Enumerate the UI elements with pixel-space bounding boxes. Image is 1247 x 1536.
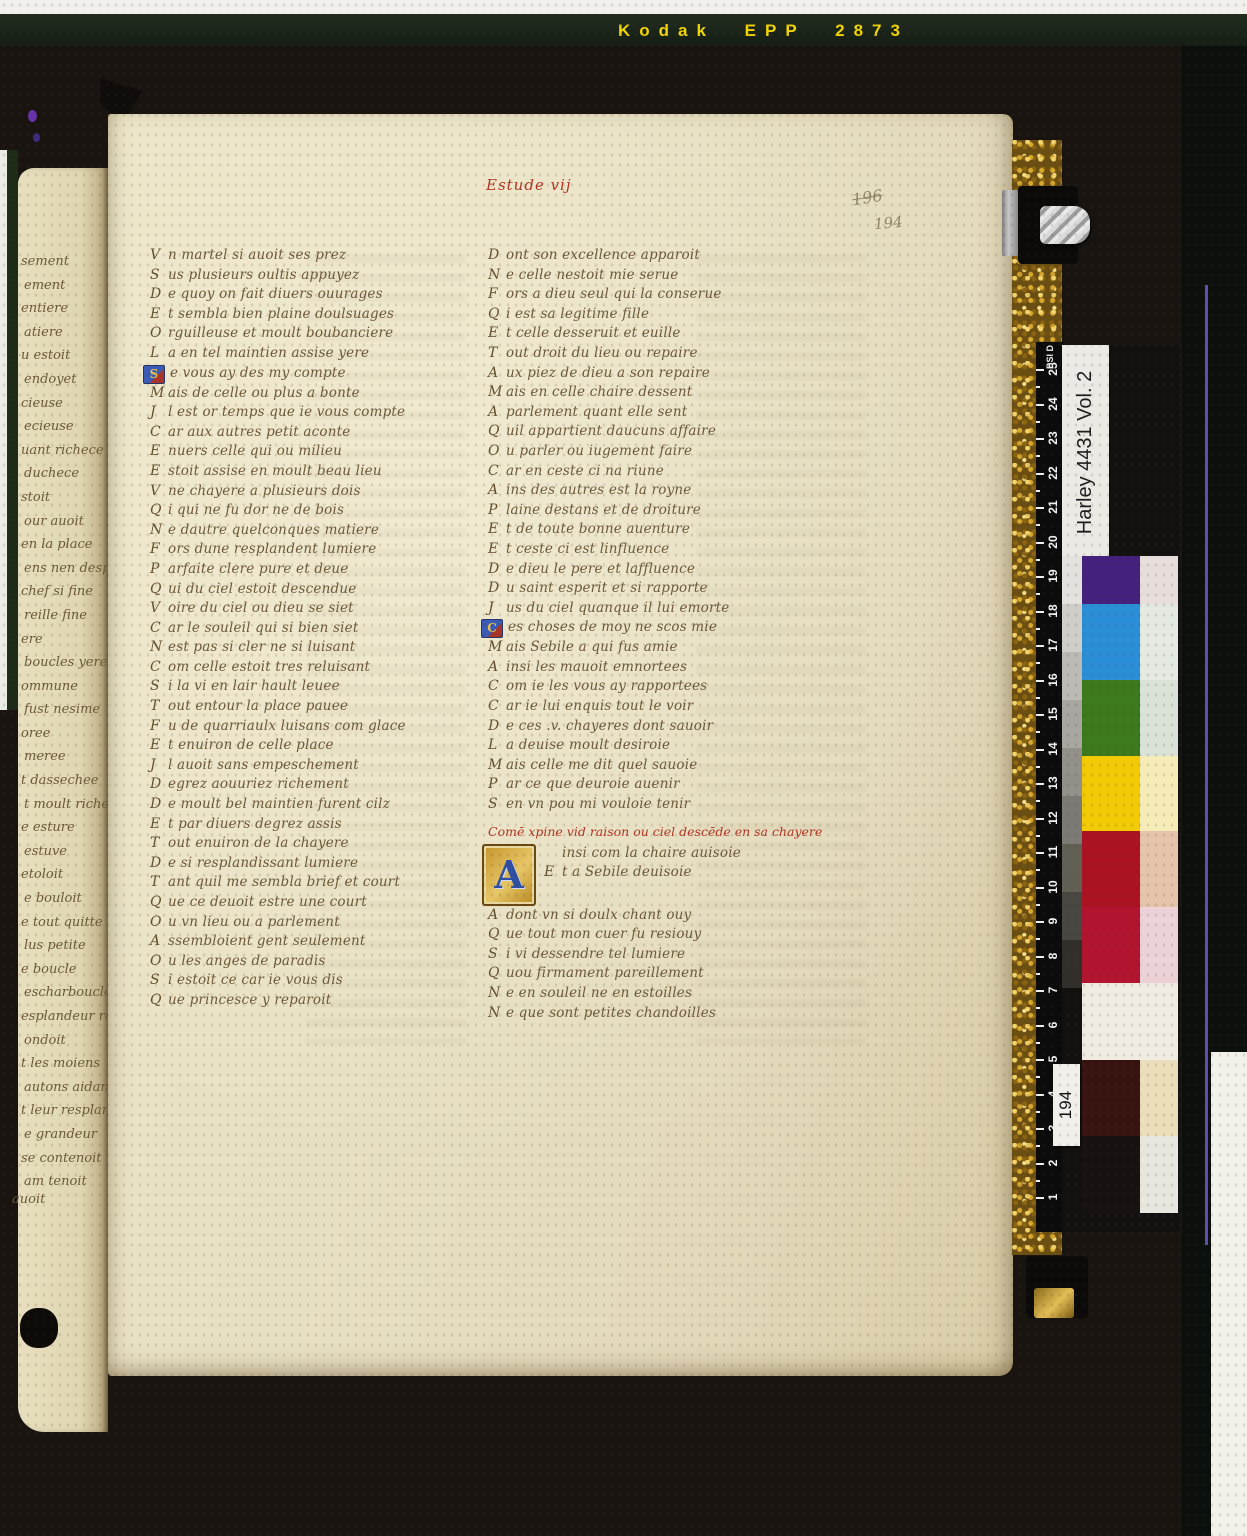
- ruler-number: 12: [1046, 808, 1060, 828]
- line-text: ar ce que deuroie auenir: [506, 775, 833, 795]
- ruler-tick-mid: [1036, 731, 1040, 733]
- line-text: ais de celle ou plus a bonte: [168, 384, 485, 404]
- verse-line: Mais celle me dit quel sauoie: [488, 756, 833, 776]
- line-text: e celle nestoit mie serue: [506, 266, 833, 286]
- line-text: e dautre quelconques matiere: [168, 521, 485, 541]
- line-initial: F: [150, 540, 168, 560]
- verse-line: Degrez aouuriez richement: [150, 775, 485, 795]
- margin-fragment: e bouloit: [24, 887, 107, 911]
- verse-line: Assembloient gent seulement: [150, 932, 485, 952]
- ruler-tick-mid: [1036, 593, 1040, 595]
- verse-line: Que princesce y reparoit: [150, 991, 485, 1011]
- rubric-line: Comē xpine vid raison ou ciel descēde en…: [488, 822, 833, 842]
- color-patch-blue-tint: [1140, 604, 1178, 680]
- line-text: arfaite clere pure et deue: [168, 560, 485, 580]
- line-initial: M: [488, 638, 506, 658]
- verse-line: Aux piez de dieu a son repaire: [488, 364, 833, 384]
- line-initial: M: [488, 383, 506, 403]
- line-initial: T: [150, 697, 168, 717]
- verse-line: Qi est sa legitime fille: [488, 305, 833, 325]
- margin-fragment: ere: [21, 628, 107, 652]
- line-text: us du ciel quanque il lui emorte: [506, 599, 833, 619]
- line-text: t enuiron de celle place: [168, 736, 485, 756]
- line-initial: C: [488, 697, 506, 717]
- verse-line: Si estoit ce car ie vous dis: [150, 971, 485, 991]
- ruler-tick: [1036, 1197, 1044, 1199]
- line-initial: A: [488, 403, 506, 423]
- color-patch-dark-red: [1082, 831, 1140, 907]
- line-initial: D: [488, 246, 506, 266]
- ruler-number: 1: [1046, 1187, 1060, 1207]
- line-initial: D: [488, 717, 506, 737]
- line-text: ont son excellence apparoit: [506, 246, 833, 266]
- margin-fragment: atiere: [24, 321, 107, 345]
- ruler-number: 15: [1046, 704, 1060, 724]
- verse-line: Com celle estoit tres reluisant: [150, 658, 485, 678]
- color-patch-dark-red-tint: [1140, 831, 1178, 907]
- line-text: out droit du lieu ou repaire: [506, 344, 833, 364]
- line-text: i est sa legitime fille: [506, 305, 833, 325]
- line-text: out enuiron de la chayere: [168, 834, 485, 854]
- line-initial: N: [150, 521, 168, 541]
- verse-line: Se vous ay des my compte: [150, 364, 485, 384]
- ruler-tick-mid: [1036, 869, 1040, 871]
- line-initial: C: [488, 677, 506, 697]
- line-initial: P: [488, 775, 506, 795]
- ruler-number: 25: [1046, 359, 1060, 379]
- dropcap-block: Ainsi com la chaire auisoieEt a Sebile d…: [488, 844, 833, 906]
- verse-line: Mais Sebile a qui fus amie: [488, 638, 833, 658]
- line-initial: T: [150, 834, 168, 854]
- ruler-tick-mid: [1036, 800, 1040, 802]
- line-text: ue ce deuoit estre une court: [168, 893, 485, 913]
- line-text: insi com la chaire auisoie: [562, 844, 833, 864]
- margin-fragment: e esture: [21, 816, 107, 840]
- ruler-number: 20: [1046, 532, 1060, 552]
- ruler-tick: [1036, 956, 1044, 958]
- line-initial: E: [488, 520, 506, 540]
- line-text: e que sont petites chandoilles: [506, 1004, 833, 1024]
- ruler-tick: [1036, 783, 1044, 785]
- margin-fragment: ement: [24, 274, 107, 298]
- line-initial: E: [488, 324, 506, 344]
- verse-line: Car le souleil qui si bien siet: [150, 619, 485, 639]
- line-initial: M: [488, 756, 506, 776]
- line-text: parlement quant elle sent: [506, 403, 833, 423]
- line-text: uou firmament pareillement: [506, 964, 833, 984]
- line-initial: V: [150, 246, 168, 266]
- ruler-tick: [1036, 438, 1044, 440]
- line-text: us plusieurs oultis appuyez: [168, 266, 485, 286]
- line-text: ant quil me sembla brief et court: [168, 873, 485, 893]
- line-initial: M: [150, 384, 168, 404]
- verse-line: Car aux autres petit aconte: [150, 423, 485, 443]
- metal-clip-icon: [1040, 206, 1090, 244]
- line-text: e dieu le pere et laffluence: [506, 560, 833, 580]
- verse-line: Jl est or temps que ie vous compte: [150, 403, 485, 423]
- margin-fragment: autons aidans: [24, 1076, 107, 1100]
- verse-line: Car ie lui enquis tout le voir: [488, 697, 833, 717]
- line-text: i estoit ce car ie vous dis: [168, 971, 485, 991]
- color-patch-green-tint: [1140, 680, 1178, 756]
- line-text: dont vn si doulx chant ouy: [506, 906, 833, 926]
- line-initial: S: [150, 266, 168, 286]
- line-initial: O: [488, 442, 506, 462]
- ruler-number: 17: [1046, 635, 1060, 655]
- ruler-number: 24: [1046, 394, 1060, 414]
- ruler-tick: [1036, 1094, 1044, 1096]
- verse-line: De ces .v. chayeres dont sauoir: [488, 717, 833, 737]
- line-text: om ie les vous ay rapportees: [506, 677, 833, 697]
- ruler-tick: [1036, 1059, 1044, 1061]
- folio-tag: 194: [1053, 1064, 1080, 1146]
- ruler-number: 11: [1046, 842, 1060, 862]
- line-initial: D: [150, 285, 168, 305]
- color-patch-blue: [1082, 604, 1140, 680]
- line-text: ui du ciel estoit descendue: [168, 580, 485, 600]
- line-text: ue tout mon cuer fu resiouy: [506, 925, 833, 945]
- ruler-tick: [1036, 542, 1044, 544]
- folio-number: 194: [873, 213, 903, 233]
- line-initial: P: [488, 501, 506, 521]
- line-text: ue princesce y reparoit: [168, 991, 485, 1011]
- line-text: laine destans et de droiture: [506, 501, 833, 521]
- ruler-number: 13: [1046, 773, 1060, 793]
- verse-line: Et enuiron de celle place: [150, 736, 485, 756]
- margin-fragment: se contenoit: [21, 1147, 107, 1171]
- gray-scale-step: [1062, 844, 1082, 892]
- ruler-tick: [1036, 611, 1044, 613]
- film-scanline: [1205, 285, 1208, 1245]
- line-text: t par diuers degrez assis: [168, 815, 485, 835]
- shelfmark-label: Harley 4431 Vol. 2: [1062, 345, 1109, 559]
- line-initial: C: [150, 658, 168, 678]
- film-label-strip: Kodak EPP 2873: [0, 14, 1247, 46]
- ruler-number: 19: [1046, 566, 1060, 586]
- verse-line: Com ie les vous ay rapportees: [488, 677, 833, 697]
- verse-line: Qui du ciel estoit descendue: [150, 580, 485, 600]
- margin-fragment: estuve: [24, 840, 107, 864]
- verse-line: Tant quil me sembla brief et court: [150, 873, 485, 893]
- scan-background-corner: [1211, 1052, 1247, 1536]
- gray-scale-step: [1062, 748, 1082, 796]
- manuscript-photo: Kodak EPP 2873 sementemententiereatiereu…: [0, 0, 1247, 1536]
- verse-line: Ne dautre quelconques matiere: [150, 521, 485, 541]
- verse-line: Et ceste ci est linfluence: [488, 540, 833, 560]
- line-initial: D: [150, 795, 168, 815]
- verse-line: Adont vn si doulx chant ouy: [488, 906, 833, 926]
- line-initial: Q: [488, 305, 506, 325]
- verse-line: La deuise moult desiroie: [488, 736, 833, 756]
- verse-line: Vn martel si auoit ses prez: [150, 246, 485, 266]
- line-text: t ceste ci est linfluence: [506, 540, 833, 560]
- color-patch-yellow: [1082, 756, 1140, 831]
- line-text: l auoit sans empeschement: [168, 756, 485, 776]
- line-initial: N: [488, 1004, 506, 1024]
- film-speck: [33, 133, 40, 142]
- line-initial: J: [150, 403, 168, 423]
- line-text: ux piez de dieu a son repaire: [506, 364, 833, 384]
- line-text: en vn pou mi vouloie tenir: [506, 795, 833, 815]
- gray-scale-step: [1062, 700, 1082, 748]
- line-text: ors a dieu seul qui la conserue: [506, 285, 833, 305]
- color-patch-black: [1082, 1136, 1140, 1213]
- shelfmark-text: Harley 4431 Vol. 2: [1074, 370, 1097, 533]
- color-patch-yellow-tint: [1140, 756, 1178, 831]
- line-text: ar aux autres petit aconte: [168, 423, 485, 443]
- margin-fragment: am tenoit: [24, 1170, 107, 1194]
- line-initial: Q: [488, 964, 506, 984]
- line-initial: [544, 844, 562, 864]
- verse-line: Fors a dieu seul qui la conserue: [488, 285, 833, 305]
- verse-line: Fu de quarriaulx luisans com glace: [150, 717, 485, 737]
- line-text: u vn lieu ou a parlement: [168, 913, 485, 933]
- margin-fragment: escharboucle: [24, 981, 107, 1005]
- line-initial: Q: [150, 580, 168, 600]
- verse-line: Et de toute bonne auenture: [488, 520, 833, 540]
- verse-line: Ou les anges de paradis: [150, 952, 485, 972]
- line-initial: E: [150, 736, 168, 756]
- line-text: i la vi en lair hault leuee: [168, 677, 485, 697]
- color-patch-white: [1082, 983, 1178, 1060]
- verse-line: La en tel maintien assise yere: [150, 344, 485, 364]
- line-text: u saint esperit et si rapporte: [506, 579, 833, 599]
- line-initial: Q: [150, 501, 168, 521]
- line-text: ais Sebile a qui fus amie: [506, 638, 833, 658]
- ruler-tick-mid: [1036, 455, 1040, 457]
- line-initial: N: [488, 984, 506, 1004]
- verse-line: Ou parler ou iugement faire: [488, 442, 833, 462]
- verse-line: Sus plusieurs oultis appuyez: [150, 266, 485, 286]
- verse-line: Ou vn lieu ou a parlement: [150, 913, 485, 933]
- ruler-tick: [1036, 1025, 1044, 1027]
- verse-line: Ains des autres est la royne: [488, 481, 833, 501]
- verse-line: Que ce deuoit estre une court: [150, 893, 485, 913]
- line-initial: L: [150, 344, 168, 364]
- verse-line: Jl auoit sans empeschement: [150, 756, 485, 776]
- line-text: i qui ne fu dor ne de bois: [168, 501, 485, 521]
- verse-line: Fors dune resplandent lumiere: [150, 540, 485, 560]
- line-initial: S: [488, 945, 506, 965]
- verse-line: Orguilleuse et moult boubanciere: [150, 324, 485, 344]
- verse-line: Et par diuers degrez assis: [150, 815, 485, 835]
- ruler-tick: [1036, 818, 1044, 820]
- film-left-edge: [0, 150, 7, 710]
- line-text: e moult bel maintien furent cilz: [168, 795, 485, 815]
- ruler-tick: [1036, 404, 1044, 406]
- champ-initial: S: [143, 365, 165, 384]
- line-initial: D: [150, 775, 168, 795]
- verse-line: Que tout mon cuer fu resiouy: [488, 925, 833, 945]
- line-initial: S: [488, 795, 506, 815]
- verse-line: Plaine destans et de droiture: [488, 501, 833, 521]
- verse-line: Tout enuiron de la chayere: [150, 834, 485, 854]
- page-clamp-top-bar: [1002, 190, 1018, 256]
- line-text: e ces .v. chayeres dont sauoir: [506, 717, 833, 737]
- verse-line: Nest pas si cler ne si luisant: [150, 638, 485, 658]
- ruler-number: 22: [1046, 463, 1060, 483]
- verse-line: Ne que sont petites chandoilles: [488, 1004, 833, 1024]
- verse-line: Aparlement quant elle sent: [488, 403, 833, 423]
- text-column-right: Dont son excellence apparoitNe celle nes…: [488, 246, 833, 1023]
- verse-line: insi com la chaire auisoie: [544, 844, 833, 864]
- verse-line: Ainsi les mauoit emnortees: [488, 658, 833, 678]
- line-text: ins des autres est la royne: [506, 481, 833, 501]
- ruler-tick-mid: [1036, 628, 1040, 630]
- gray-scale-step: [1062, 796, 1082, 844]
- line-initial: E: [544, 863, 562, 883]
- line-text: ssembloient gent seulement: [168, 932, 485, 952]
- champ-initial: C: [481, 619, 503, 638]
- film-left-edge-green: [7, 150, 18, 710]
- line-text: ais celle me dit quel sauoie: [506, 756, 833, 776]
- previous-page-text-fragments: sementemententiereatiereu estoitendoyetc…: [21, 250, 107, 1194]
- line-initial: C: [150, 619, 168, 639]
- margin-fragment: chef si fine: [21, 580, 107, 604]
- ruler-number: 18: [1046, 601, 1060, 621]
- line-text: rguilleuse et moult boubanciere: [168, 324, 485, 344]
- verse-line: Si vi dessendre tel lumiere: [488, 945, 833, 965]
- ruler-tick-mid: [1036, 835, 1040, 837]
- line-text: n martel si auoit ses prez: [168, 246, 485, 266]
- line-initial: D: [488, 579, 506, 599]
- line-text: t celle desseruit et euille: [506, 324, 833, 344]
- manuscript-page: Estude vij 196 194 Vn martel si auoit se…: [108, 114, 1013, 1376]
- ruler-number: 6: [1046, 1015, 1060, 1035]
- ruler-tick-mid: [1036, 1180, 1040, 1182]
- ruler-tick: [1036, 852, 1044, 854]
- line-initial: C: [150, 423, 168, 443]
- margin-fragment: t moult riches: [24, 793, 107, 817]
- margin-fragment: t leur resplandeur: [21, 1099, 107, 1123]
- ruler-tick-mid: [1036, 524, 1040, 526]
- line-text: u de quarriaulx luisans com glace: [168, 717, 485, 737]
- verse-line: Car en ceste ci na riune: [488, 462, 833, 482]
- verse-line: Du saint esperit et si rapporte: [488, 579, 833, 599]
- line-initial: E: [150, 462, 168, 482]
- gray-scale-step: [1062, 940, 1082, 988]
- line-text: out entour la place pauee: [168, 697, 485, 717]
- line-text: e vous ay des my compte: [170, 364, 485, 384]
- verse-line: Tout entour la place pauee: [150, 697, 485, 717]
- line-text: ar le souleil qui si bien siet: [168, 619, 485, 639]
- line-text: ar en ceste ci na riune: [506, 462, 833, 482]
- verse-line: Quil appartient daucuns affaire: [488, 422, 833, 442]
- line-text: ar ie lui enquis tout le voir: [506, 697, 833, 717]
- line-text: t de toute bonne auenture: [506, 520, 833, 540]
- verse-line: Ces choses de moy ne scos mie: [488, 618, 833, 638]
- margin-fragment: cieuse: [21, 392, 107, 416]
- line-initial: A: [488, 906, 506, 926]
- verse-line: Et celle desseruit et euille: [488, 324, 833, 344]
- verse-line: Sen vn pou mi vouloie tenir: [488, 795, 833, 815]
- folio-number-crossed: 196: [851, 186, 884, 210]
- margin-fragment: e tout quitte: [21, 911, 107, 935]
- line-initial: N: [150, 638, 168, 658]
- color-patch-green: [1082, 680, 1140, 756]
- line-text: oire du ciel ou dieu se siet: [168, 599, 485, 619]
- line-initial: S: [150, 971, 168, 991]
- page-clamp-bottom-metal: [1034, 1288, 1074, 1318]
- ruler-tick: [1036, 990, 1044, 992]
- margin-fragment: sement: [21, 250, 107, 274]
- line-text: es choses de moy ne scos mie: [508, 618, 833, 638]
- line-text: i vi dessendre tel lumiere: [506, 945, 833, 965]
- line-text: a en tel maintien assise yere: [168, 344, 485, 364]
- margin-fragment: en la place: [21, 533, 107, 557]
- ruler-tick-mid: [1036, 1111, 1040, 1113]
- line-text: ne chayere a plusieurs dois: [168, 482, 485, 502]
- verse-line: Ne en souleil ne en estoilles: [488, 984, 833, 1004]
- verse-line: Quou firmament pareillement: [488, 964, 833, 984]
- margin-catchword: auoit: [12, 1192, 45, 1207]
- line-initial: T: [150, 873, 168, 893]
- verse-line: De quoy on fait diuers ouurages: [150, 285, 485, 305]
- ruler-number: 8: [1046, 946, 1060, 966]
- folio-tag-text: 194: [1057, 1091, 1077, 1119]
- line-initial: E: [488, 540, 506, 560]
- ruler-number: 7: [1046, 980, 1060, 1000]
- page-clamp-left: [20, 1308, 58, 1348]
- line-initial: Q: [150, 991, 168, 1011]
- verse-line: Et a Sebile deuisoie: [544, 863, 833, 883]
- line-initial: P: [150, 560, 168, 580]
- verse-line: Qi qui ne fu dor ne de bois: [150, 501, 485, 521]
- line-initial: A: [488, 364, 506, 384]
- verse-line: Ne celle nestoit mie serue: [488, 266, 833, 286]
- ruler-number: 23: [1046, 428, 1060, 448]
- line-initial: O: [150, 324, 168, 344]
- color-patch-dark-brown: [1082, 1060, 1140, 1136]
- ruler-tick: [1036, 507, 1044, 509]
- ruler-tick-mid: [1036, 490, 1040, 492]
- ruler-tick-mid: [1036, 559, 1040, 561]
- line-text: uil appartient daucuns affaire: [506, 422, 833, 442]
- color-patch-dark-brown-tint: [1140, 1060, 1178, 1136]
- margin-fragment: t les moiens: [21, 1052, 107, 1076]
- line-text: est pas si cler ne si luisant: [168, 638, 485, 658]
- margin-fragment: t dassechee: [21, 769, 107, 793]
- margin-fragment: meree: [24, 745, 107, 769]
- color-patch-purple: [1082, 556, 1140, 604]
- ruler-number: 21: [1046, 497, 1060, 517]
- line-text: e si resplandissant lumiere: [168, 854, 485, 874]
- line-initial: F: [150, 717, 168, 737]
- line-initial: L: [488, 736, 506, 756]
- verse-line: Mais de celle ou plus a bonte: [150, 384, 485, 404]
- ruler-tick: [1036, 473, 1044, 475]
- line-initial: D: [150, 854, 168, 874]
- verse-line: Enuers celle qui ou milieu: [150, 442, 485, 462]
- ruler-number: 9: [1046, 911, 1060, 931]
- line-text: ais en celle chaire dessent: [506, 383, 833, 403]
- margin-fragment: stoit: [21, 486, 107, 510]
- line-initial: J: [488, 599, 506, 619]
- verse-line: De si resplandissant lumiere: [150, 854, 485, 874]
- verse-line: De dieu le pere et laffluence: [488, 560, 833, 580]
- ruler-tick-mid: [1036, 1042, 1040, 1044]
- line-text: t sembla bien plaine doulsuages: [168, 305, 485, 325]
- verse-line: Si la vi en lair hault leuee: [150, 677, 485, 697]
- line-text: nuers celle qui ou milieu: [168, 442, 485, 462]
- margin-fragment: u estoit: [21, 344, 107, 368]
- line-initial: E: [150, 442, 168, 462]
- verse-line: Et sembla bien plaine doulsuages: [150, 305, 485, 325]
- ruler-tick-mid: [1036, 1145, 1040, 1147]
- color-patch-red: [1082, 907, 1140, 983]
- line-text: ors dune resplandent lumiere: [168, 540, 485, 560]
- previous-page-edge: sementemententiereatiereu estoitendoyetc…: [18, 168, 108, 1432]
